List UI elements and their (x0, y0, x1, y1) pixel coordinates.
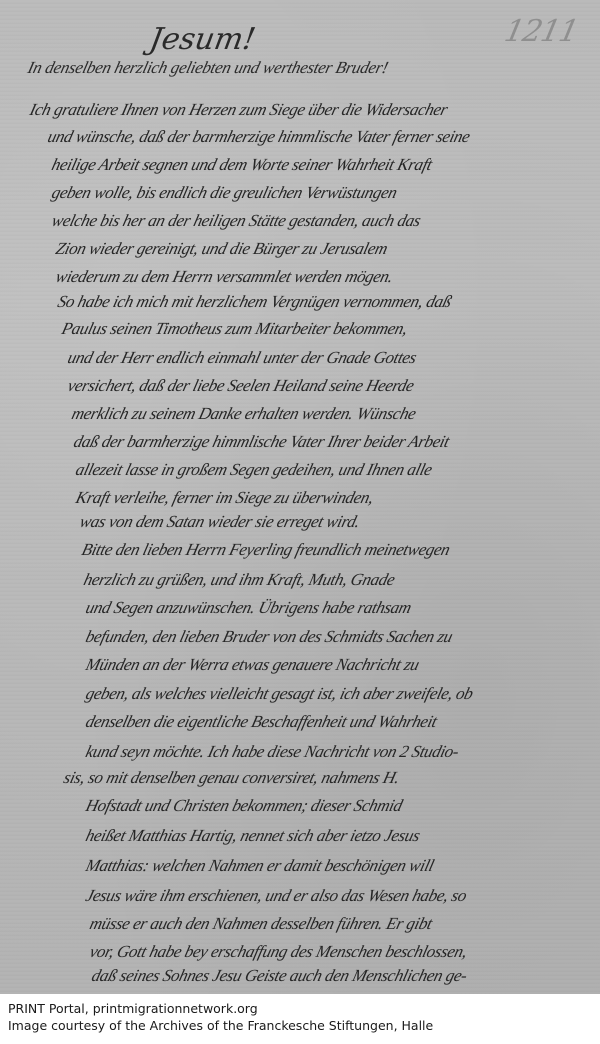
manuscript-line: sis, so mit denselben genau conversiret,… (62, 768, 587, 788)
manuscript-line: Hofstadt und Christen bekommen; dieser S… (84, 796, 589, 816)
manuscript-line: Matthias: welchen Nahmen er damit beschö… (84, 856, 589, 876)
manuscript-line: befunden, den lieben Bruder von des Schm… (84, 627, 589, 647)
caption-credit: Image courtesy of the Archives of the Fr… (8, 1017, 433, 1034)
manuscript-line: vor, Gott habe bey erschaffung des Mensc… (88, 942, 588, 962)
manuscript-line: Jesus wäre ihm erschienen, und er also d… (84, 886, 589, 906)
letter-salutation: In denselben herzlich geliebten und wert… (26, 58, 591, 78)
manuscript-line: Kraft verleihe, ferner im Siege zu überw… (74, 488, 589, 508)
scanned-manuscript: 1211 Jesum! In denselben herzlich gelieb… (0, 0, 600, 994)
manuscript-line: herzlich zu grüßen, und ihm Kraft, Muth,… (82, 570, 587, 590)
manuscript-line: Ich gratuliere Ihnen von Herzen zum Sieg… (28, 100, 600, 120)
manuscript-line: merklich zu seinem Danke erhalten werden… (70, 404, 590, 424)
manuscript-line: Zion wieder gereinigt, und die Bürger zu… (54, 239, 589, 259)
manuscript-line: und Segen anzuwünschen. Übrigens habe ra… (84, 598, 589, 618)
manuscript-line: und wünsche, daß der barmherzige himmlis… (46, 127, 596, 147)
manuscript-page: 1211 Jesum! In denselben herzlich gelieb… (0, 0, 600, 1044)
manuscript-line: und der Herr endlich einmahl unter der G… (66, 348, 591, 368)
manuscript-line: Münden an der Werra etwas genauere Nachr… (84, 655, 589, 675)
manuscript-line: heißet Matthias Hartig, nennet sich aber… (84, 826, 589, 846)
manuscript-line: wiederum zu dem Herrn versammlet werden … (54, 267, 589, 287)
manuscript-line: daß der barmherzige himmlische Vater Ihr… (72, 432, 592, 452)
manuscript-line: geben wolle, bis endlich die greulichen … (50, 183, 595, 203)
image-caption: PRINT Portal, printmigrationnetwork.org … (8, 1000, 433, 1034)
manuscript-line: denselben die eigentliche Beschaffenheit… (84, 712, 589, 732)
manuscript-line: geben, als welches vielleicht gesagt ist… (84, 684, 589, 704)
manuscript-line: welche bis her an der heiligen Stätte ge… (50, 211, 595, 231)
manuscript-line: versichert, daß der liebe Seelen Heiland… (66, 376, 591, 396)
letter-heading: Jesum! (147, 22, 258, 57)
manuscript-line: Bitte den lieben Herrn Feyerling freundl… (80, 540, 585, 560)
manuscript-line: was von dem Satan wieder sie erreget wir… (78, 512, 583, 532)
manuscript-line: daß seines Sohnes Jesu Geiste auch den M… (90, 966, 590, 986)
manuscript-line: Paulus seinen Timotheus zum Mitarbeiter … (60, 319, 590, 339)
manuscript-line: heilige Arbeit segnen und dem Worte sein… (50, 155, 595, 175)
manuscript-line: So habe ich mich mit herzlichem Vergnüge… (56, 292, 591, 312)
archive-number: 1211 (501, 14, 581, 49)
caption-source: PRINT Portal, printmigrationnetwork.org (8, 1000, 433, 1017)
manuscript-line: kund seyn möchte. Ich habe diese Nachric… (84, 742, 589, 762)
manuscript-line: allezeit lasse in großem Segen gedeihen,… (74, 460, 589, 480)
manuscript-line: müsse er auch den Nahmen desselben führe… (88, 914, 588, 934)
